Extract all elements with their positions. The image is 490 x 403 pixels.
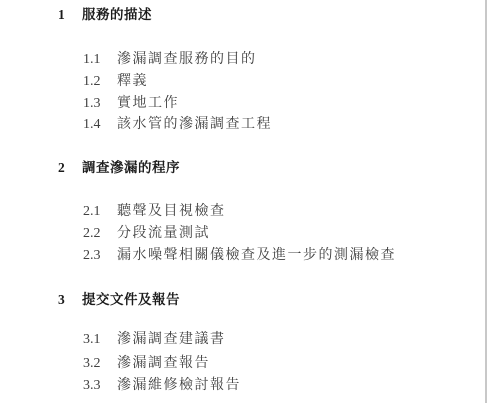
document-page: 1 服務的描述 1.1 滲漏調查服務的目的 1.2 釋義 1.3 實地工作 1.… bbox=[0, 0, 490, 403]
item-number: 1.1 bbox=[83, 51, 117, 69]
item-number: 2.1 bbox=[83, 203, 117, 221]
item-label: 實地工作 bbox=[117, 95, 179, 113]
item-number: 3.2 bbox=[83, 355, 117, 373]
toc-item-3-2: 3.2 滲漏調查報告 bbox=[83, 355, 210, 373]
toc-section-2-heading: 2 調查滲漏的程序 bbox=[58, 159, 180, 177]
item-number: 3.3 bbox=[83, 377, 117, 395]
page-edge-line bbox=[485, 0, 487, 403]
item-number: 2.2 bbox=[83, 225, 117, 243]
item-number: 1.3 bbox=[83, 95, 117, 113]
toc-item-1-1: 1.1 滲漏調查服務的目的 bbox=[83, 51, 257, 69]
item-label: 漏水噪聲相關儀檢查及進一步的測漏檢查 bbox=[117, 247, 396, 265]
section-title: 調查滲漏的程序 bbox=[82, 159, 180, 177]
toc-item-2-2: 2.2 分段流量測試 bbox=[83, 225, 210, 243]
toc-item-1-2: 1.2 釋義 bbox=[83, 73, 148, 91]
toc-item-1-3: 1.3 實地工作 bbox=[83, 95, 179, 113]
item-label: 聽聲及目視檢查 bbox=[117, 203, 226, 221]
toc-item-2-1: 2.1 聽聲及目視檢查 bbox=[83, 203, 226, 221]
section-number: 3 bbox=[58, 291, 82, 309]
section-title: 提交文件及報告 bbox=[82, 291, 180, 309]
section-number: 1 bbox=[58, 6, 82, 24]
item-number: 3.1 bbox=[83, 331, 117, 349]
toc-item-1-4: 1.4 該水管的滲漏調查工程 bbox=[83, 116, 272, 134]
toc-section-3-heading: 3 提交文件及報告 bbox=[58, 291, 180, 309]
item-label: 滲漏調查服務的目的 bbox=[117, 51, 257, 69]
toc-item-2-3: 2.3 漏水噪聲相關儀檢查及進一步的測漏檢查 bbox=[83, 247, 396, 265]
section-title: 服務的描述 bbox=[82, 6, 152, 24]
item-label: 該水管的滲漏調查工程 bbox=[117, 116, 272, 134]
toc-section-1-heading: 1 服務的描述 bbox=[58, 6, 152, 24]
item-number: 1.4 bbox=[83, 116, 117, 134]
item-number: 2.3 bbox=[83, 247, 117, 265]
toc-item-3-1: 3.1 滲漏調查建議書 bbox=[83, 331, 226, 349]
section-number: 2 bbox=[58, 159, 82, 177]
item-label: 滲漏調查報告 bbox=[117, 355, 210, 373]
item-label: 滲漏調查建議書 bbox=[117, 331, 226, 349]
item-number: 1.2 bbox=[83, 73, 117, 91]
item-label: 釋義 bbox=[117, 73, 148, 91]
toc-item-3-3: 3.3 滲漏維修檢討報告 bbox=[83, 377, 241, 395]
item-label: 分段流量測試 bbox=[117, 225, 210, 243]
item-label: 滲漏維修檢討報告 bbox=[117, 377, 241, 395]
